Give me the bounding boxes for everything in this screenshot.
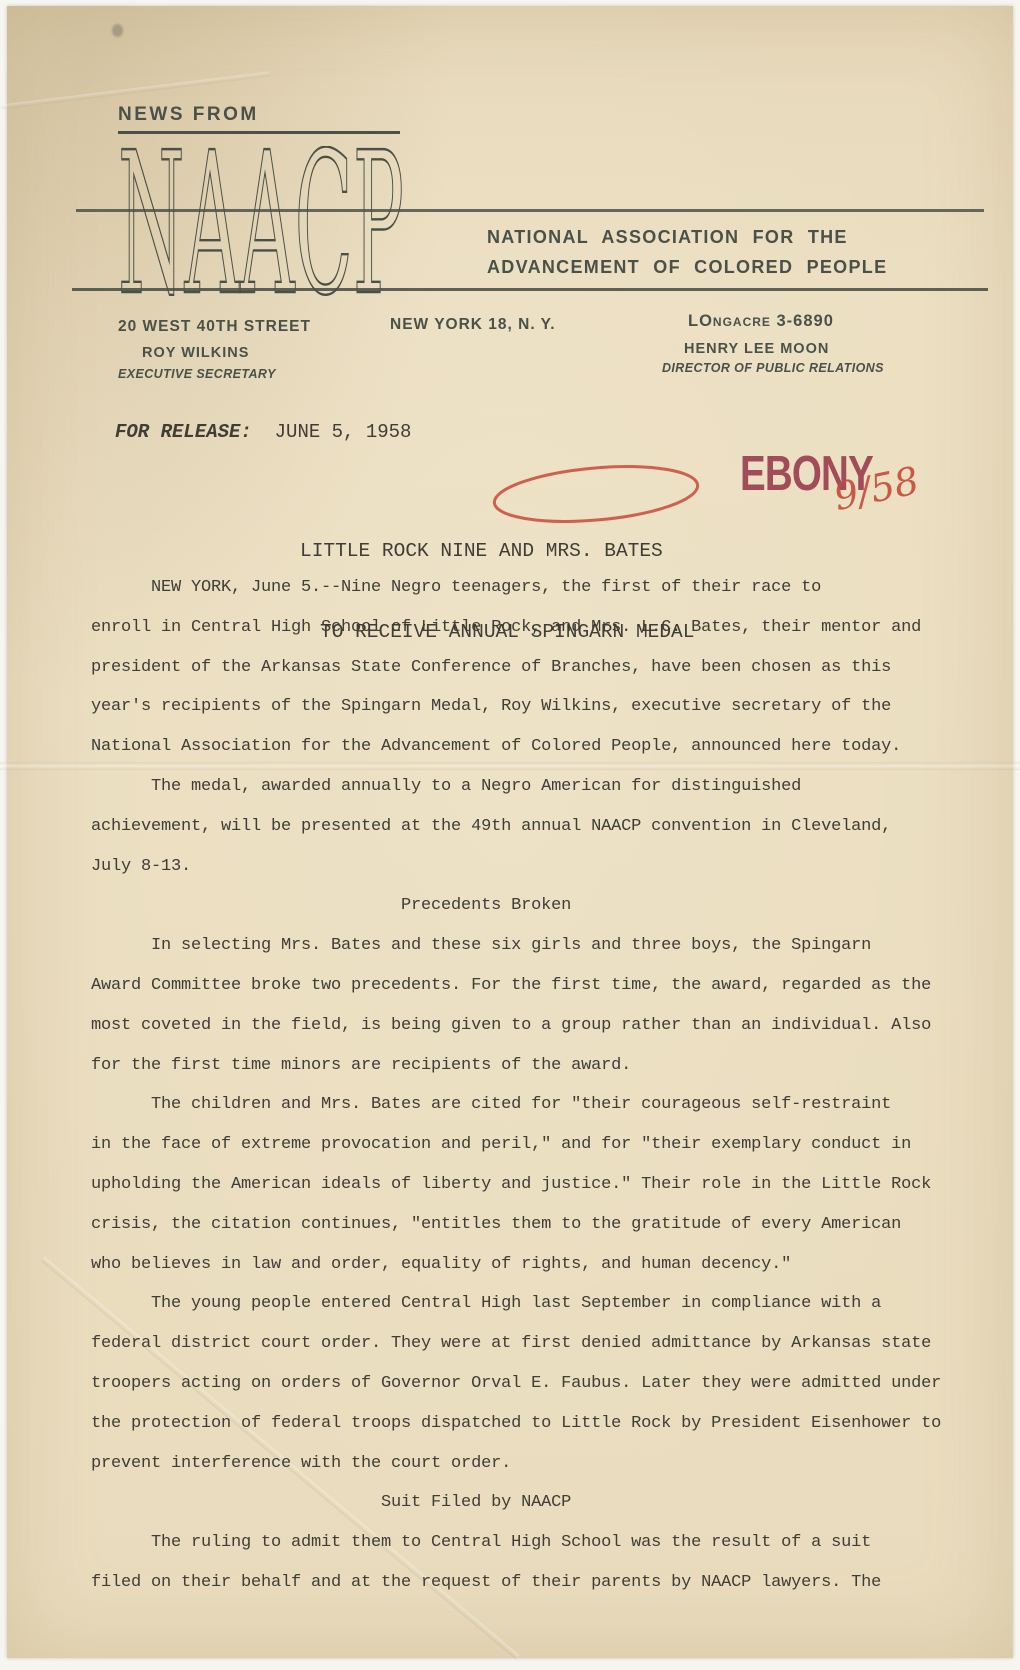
body-line: Precedents Broken <box>91 886 951 926</box>
body-line: July 8-13. <box>91 847 951 887</box>
body-line: The ruling to admit them to Central High… <box>91 1523 951 1563</box>
body-line: the protection of federal troops dispatc… <box>91 1404 951 1444</box>
body-line: In selecting Mrs. Bates and these six gi… <box>91 926 951 966</box>
release-date: JUNE 5, 1958 <box>275 421 412 443</box>
body-line: Award Committee broke two precedents. Fo… <box>91 966 951 1006</box>
street-address: 20 WEST 40TH STREET <box>118 318 311 336</box>
body-line: prevent interference with the court orde… <box>91 1444 951 1484</box>
body-line: NEW YORK, June 5.--Nine Negro teenagers,… <box>91 568 951 608</box>
executive-secretary-name: ROY WILKINS <box>142 345 249 361</box>
public-relations-title: DIRECTOR OF PUBLIC RELATIONS <box>662 361 884 375</box>
body-line: year's recipients of the Spingarn Medal,… <box>91 687 951 727</box>
masthead-rule <box>118 131 400 134</box>
paper-blemish <box>112 24 123 37</box>
public-relations-name: HENRY LEE MOON <box>684 341 829 357</box>
body-line: upholding the American ideals of liberty… <box>91 1165 951 1205</box>
svg-text:NAACP: NAACP <box>118 146 404 304</box>
headline-line1: LITTLE ROCK NINE AND MRS. BATES <box>300 538 694 565</box>
body-line: federal district court order. They were … <box>91 1324 951 1364</box>
phone-number: LOngacre 3-6890 <box>688 312 834 331</box>
org-name-line1: NATIONAL ASSOCIATION FOR THE <box>487 227 848 248</box>
body-line: achievement, will be presented at the 49… <box>91 807 951 847</box>
naacp-logo: NAACP <box>116 146 408 304</box>
city-address: NEW YORK 18, N. Y. <box>390 316 556 334</box>
news-from-label: NEWS FROM <box>118 104 259 126</box>
body-line: troopers acting on orders of Governor Or… <box>91 1364 951 1404</box>
red-circle-annotation <box>488 458 710 532</box>
body-line: for the first time minors are recipients… <box>91 1046 951 1086</box>
body-line: in the face of extreme provocation and p… <box>91 1125 951 1165</box>
document-body: NEW YORK, June 5.--Nine Negro teenagers,… <box>91 568 951 1603</box>
body-line: The young people entered Central High la… <box>91 1284 951 1324</box>
body-line: National Association for the Advancement… <box>91 727 951 767</box>
body-line: Suit Filed by NAACP <box>91 1483 951 1523</box>
press-release-scan: NEWS FROM NAACP NATIONAL ASSOCIATION FOR… <box>0 0 1020 1670</box>
release-label: FOR RELEASE: <box>115 421 252 443</box>
release-line: FOR RELEASE: JUNE 5, 1958 <box>115 421 411 443</box>
body-line: filed on their behalf and at the request… <box>91 1563 951 1603</box>
body-line: enroll in Central High School of Little … <box>91 608 951 648</box>
executive-secretary-title: EXECUTIVE SECRETARY <box>118 367 276 381</box>
body-line: The children and Mrs. Bates are cited fo… <box>91 1085 951 1125</box>
body-line: president of the Arkansas State Conferen… <box>91 648 951 688</box>
body-line: who believes in law and order, equality … <box>91 1245 951 1285</box>
org-name-line2: ADVANCEMENT OF COLORED PEOPLE <box>487 257 887 278</box>
body-line: The medal, awarded annually to a Negro A… <box>91 767 951 807</box>
body-line: crisis, the citation continues, "entitle… <box>91 1205 951 1245</box>
body-line: most coveted in the field, is being give… <box>91 1006 951 1046</box>
